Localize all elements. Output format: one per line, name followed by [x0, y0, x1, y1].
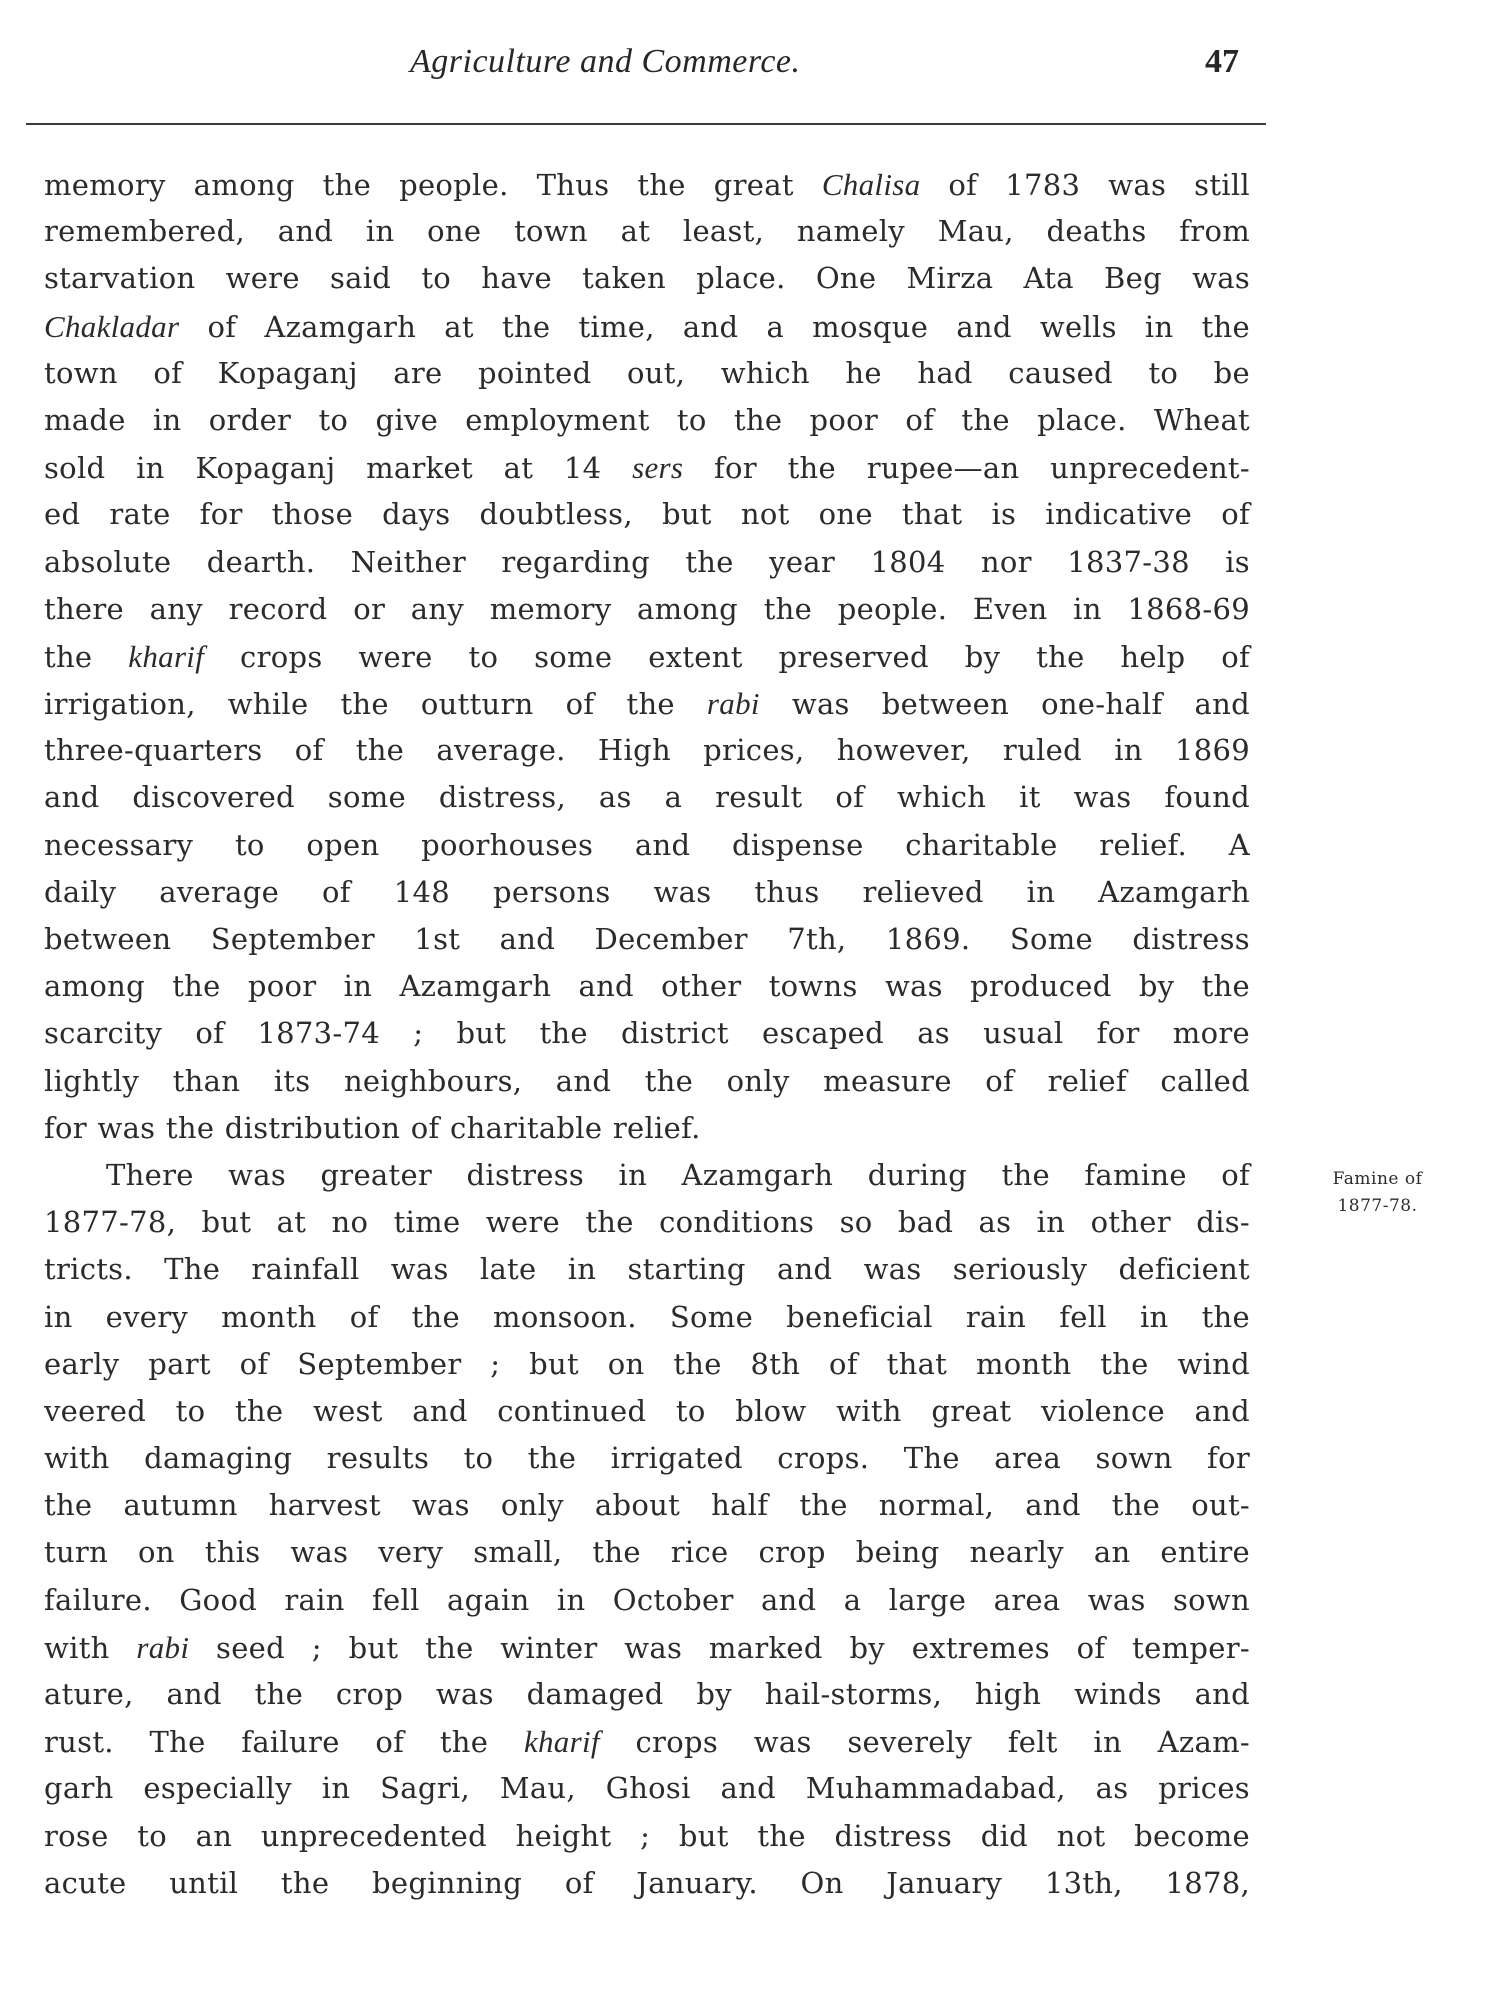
- text-line: the autumn harvest was only about half t…: [44, 1482, 1250, 1529]
- text-line: sold in Kopaganj market at 14 sers for t…: [44, 444, 1250, 491]
- text-line: absolute dearth. Neither regarding the y…: [44, 539, 1250, 586]
- text-line: memory among the people. Thus the great …: [44, 161, 1250, 208]
- text-line: among the poor in Azamgarh and other tow…: [44, 963, 1250, 1010]
- italic-term: Chalisa: [822, 167, 921, 202]
- margin-note-famine: Famine of 1877-78.: [1300, 1166, 1455, 1220]
- text-line: 1877-78, but at no time were the conditi…: [44, 1199, 1250, 1246]
- text-line: tricts. The rainfall was late in startin…: [44, 1246, 1250, 1293]
- margin-note-line-2: 1877-78.: [1300, 1193, 1455, 1220]
- text-line: ed rate for those days doubtless, but no…: [44, 491, 1250, 538]
- text-line: the kharif crops were to some extent pre…: [44, 633, 1250, 680]
- italic-term: sers: [632, 450, 683, 485]
- text-line: necessary to open poorhouses and dispens…: [44, 822, 1250, 869]
- paragraph: memory among the people. Thus the great …: [44, 161, 1250, 1152]
- text-line: There was greater distress in Azamgarh d…: [44, 1152, 1250, 1199]
- text-line: made in order to give employment to the …: [44, 397, 1250, 444]
- text-line: rust. The failure of the kharif crops wa…: [44, 1718, 1250, 1765]
- margin-note-line-1: Famine of: [1300, 1166, 1455, 1193]
- italic-term: Chakladar: [44, 309, 179, 344]
- text-line: in every month of the monsoon. Some bene…: [44, 1294, 1250, 1341]
- text-line: three-quarters of the average. High pric…: [44, 727, 1250, 774]
- text-line: scarcity of 1873-74 ; but the district e…: [44, 1010, 1250, 1057]
- italic-term: kharif: [524, 1724, 600, 1759]
- text-line: remembered, and in one town at least, na…: [44, 208, 1250, 255]
- paragraph: There was greater distress in Azamgarh d…: [44, 1152, 1250, 1907]
- italic-term: kharif: [128, 639, 204, 674]
- body-text: memory among the people. Thus the great …: [44, 161, 1250, 1907]
- text-line: Chakladar of Azamgarh at the time, and a…: [44, 303, 1250, 350]
- text-line: rose to an unprecedented height ; but th…: [44, 1813, 1250, 1860]
- italic-term: rabi: [136, 1630, 189, 1665]
- text-line: town of Kopaganj are pointed out, which …: [44, 350, 1250, 397]
- text-line: with rabi seed ; but the winter was mark…: [44, 1624, 1250, 1671]
- italic-term: rabi: [707, 686, 760, 721]
- text-line: there any record or any memory among the…: [44, 586, 1250, 633]
- text-line: with damaging results to the irrigated c…: [44, 1435, 1250, 1482]
- scanned-book-page: Agriculture and Commerce. 47 memory amon…: [0, 0, 1500, 2000]
- text-line: failure. Good rain fell again in October…: [44, 1577, 1250, 1624]
- text-line: veered to the west and continued to blow…: [44, 1388, 1250, 1435]
- text-line: daily average of 148 persons was thus re…: [44, 869, 1250, 916]
- text-line: between September 1st and December 7th, …: [44, 916, 1250, 963]
- text-line: starvation were said to have taken place…: [44, 255, 1250, 302]
- text-line: irrigation, while the outturn of the rab…: [44, 680, 1250, 727]
- text-line: early part of September ; but on the 8th…: [44, 1341, 1250, 1388]
- text-line: ature, and the crop was damaged by hail-…: [44, 1671, 1250, 1718]
- text-line: garh especially in Sagri, Mau, Ghosi and…: [44, 1765, 1250, 1812]
- text-line: lightly than its neighbours, and the onl…: [44, 1058, 1250, 1105]
- running-title: Agriculture and Commerce.: [410, 40, 801, 84]
- text-line: for was the distribution of charitable r…: [44, 1105, 1250, 1152]
- header-rule: [26, 123, 1266, 125]
- text-line: acute until the beginning of January. On…: [44, 1860, 1250, 1907]
- text-line: turn on this was very small, the rice cr…: [44, 1529, 1250, 1576]
- text-line: and discovered some distress, as a resul…: [44, 774, 1250, 821]
- page-number: 47: [1205, 40, 1239, 84]
